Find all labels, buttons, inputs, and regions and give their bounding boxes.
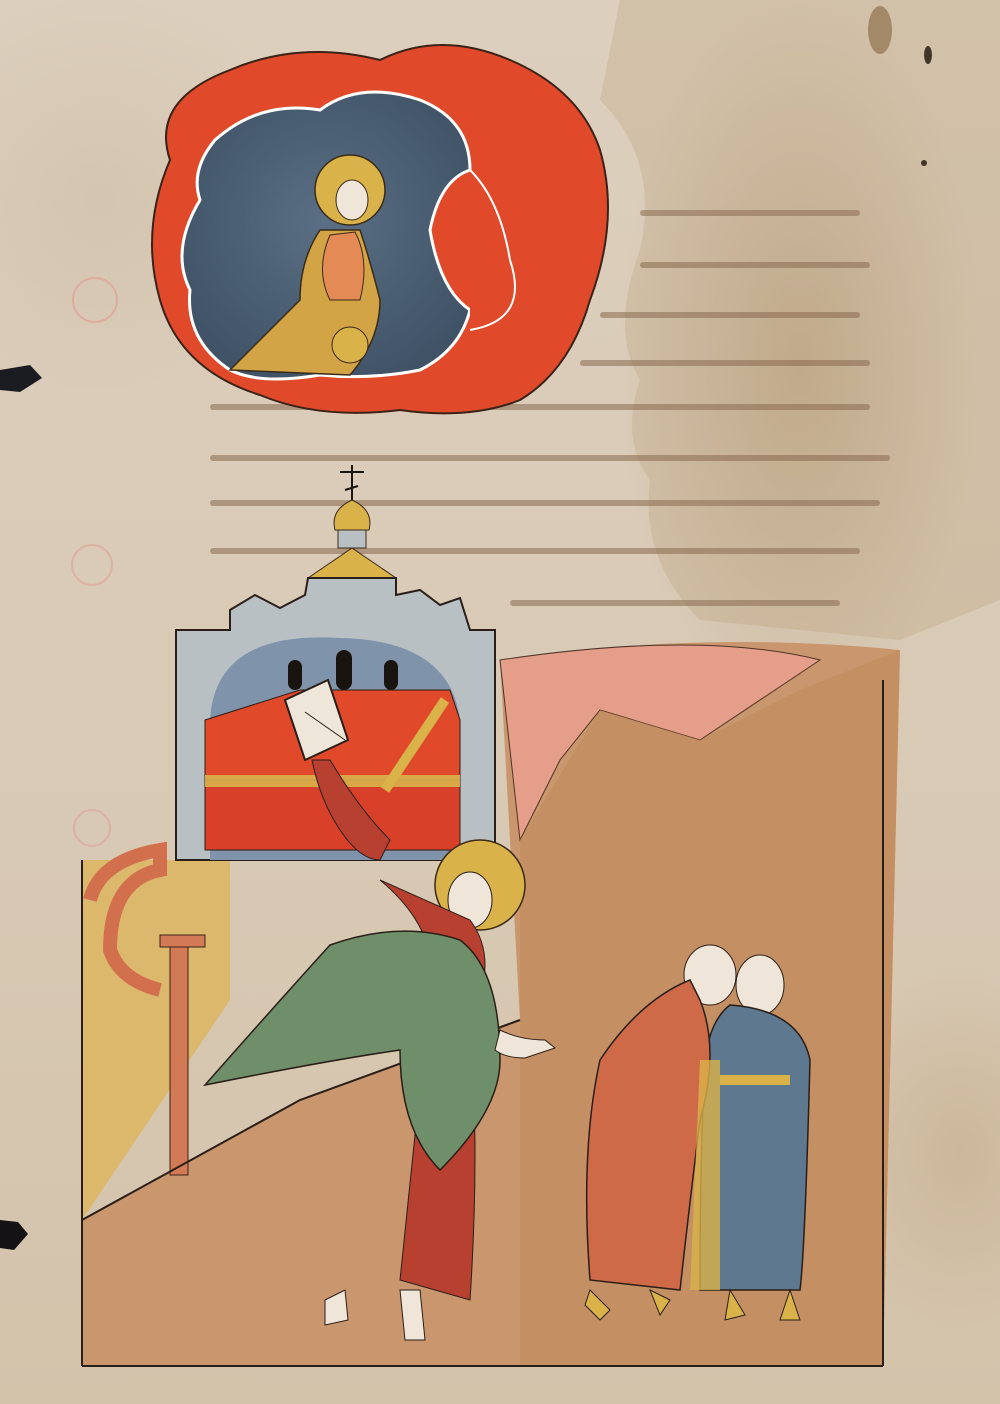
christ-in-mandorla bbox=[152, 45, 608, 413]
illumination bbox=[0, 0, 1000, 1404]
manuscript-page: Christ seated in a mandorla of red cloud… bbox=[0, 0, 1000, 1404]
